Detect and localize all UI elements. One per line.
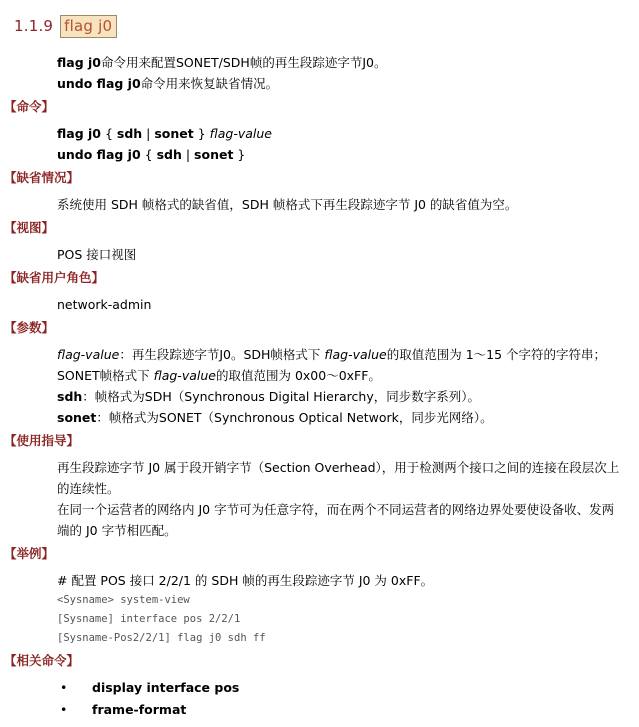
bullet-icon: • <box>60 677 92 699</box>
params-block: flag-value：再生段踪迹字节J0。SDH帧格式下 flag-value的… <box>57 344 621 428</box>
param-text: 的取值范围为 0x00～0xFF。 <box>216 368 381 383</box>
argument: flag-value <box>210 126 272 141</box>
param-text: ：帧格式为SONET（Synchronous Optical Network，同… <box>96 410 492 425</box>
intro-block: flag j0命令用来配置SONET/SDH帧的再生段踪迹字节J0。 undo … <box>57 52 621 94</box>
document-page: 1.1.9flag j0 flag j0命令用来配置SONET/SDH帧的再生段… <box>0 0 639 727</box>
role-text: network-admin <box>57 294 621 315</box>
bullet-icon: • <box>60 699 92 721</box>
keyword: sdh <box>157 147 182 162</box>
param-flag-value: flag-value：再生段踪迹字节J0。SDH帧格式下 flag-value的… <box>57 344 621 386</box>
guideline-paragraph-2: 在同一个运营者的网络内 J0 字节可为任意字符，而在两个不同运营者的网络边界处要… <box>57 499 621 541</box>
syntax-punct: { <box>141 147 157 162</box>
guideline-paragraph-1: 再生段踪迹字节 J0 属于段开销字节（Section Overhead），用于检… <box>57 457 621 499</box>
guidelines-block: 再生段踪迹字节 J0 属于段开销字节（Section Overhead），用于检… <box>57 457 621 541</box>
related-command-item: • display interface pos <box>60 677 639 699</box>
keyword: undo flag j0 <box>57 147 141 162</box>
command-keyword: flag j0 <box>57 55 101 70</box>
syntax-line-1: flag j0 { sdh | sonet } flag-value <box>57 123 621 144</box>
related-command-text: frame-format <box>92 699 186 721</box>
argument: flag-value <box>324 347 386 362</box>
search-highlight-term: flag j0 <box>60 15 117 38</box>
intro-paragraph-2: undo flag j0命令用来恢复缺省情况。 <box>57 73 621 94</box>
example-desc-block: # 配置 POS 接口 2/2/1 的 SDH 帧的再生段踪迹字节 J0 为 0… <box>57 570 621 591</box>
section-header-view: 【视图】 <box>4 220 639 236</box>
related-command-text: display interface pos <box>92 677 239 699</box>
param-sonet: sonet：帧格式为SONET（Synchronous Optical Netw… <box>57 407 621 428</box>
keyword: sdh <box>57 389 82 404</box>
syntax-punct: } <box>194 126 210 141</box>
argument: flag-value <box>57 347 119 362</box>
command-syntax-block: flag j0 { sdh | sonet } flag-value undo … <box>57 123 621 165</box>
related-commands-list: • display interface pos • frame-format <box>60 677 639 721</box>
section-header-params: 【参数】 <box>4 320 639 336</box>
keyword: flag j0 <box>57 126 101 141</box>
section-header-related: 【相关命令】 <box>4 653 639 669</box>
related-command-item: • frame-format <box>60 699 639 721</box>
keyword: sonet <box>194 147 233 162</box>
section-header-default: 【缺省情况】 <box>4 170 639 186</box>
intro-text: 命令用来配置SONET/SDH帧的再生段踪迹字节J0。 <box>101 55 386 70</box>
page-title: 1.1.9flag j0 <box>14 17 639 35</box>
view-block: POS 接口视图 <box>57 244 621 265</box>
syntax-punct: } <box>233 147 245 162</box>
code-line: [Sysname] interface pos 2/2/1 <box>57 610 621 629</box>
syntax-line-2: undo flag j0 { sdh | sonet } <box>57 144 621 165</box>
param-text: ：帧格式为SDH（Synchronous Digital Hierarchy，同… <box>82 389 480 404</box>
param-sdh: sdh：帧格式为SDH（Synchronous Digital Hierarch… <box>57 386 621 407</box>
command-keyword: undo flag j0 <box>57 76 141 91</box>
view-text: POS 接口视图 <box>57 244 621 265</box>
syntax-punct: | <box>182 147 194 162</box>
section-header-guidelines: 【使用指导】 <box>4 433 639 449</box>
section-header-command: 【命令】 <box>4 99 639 115</box>
intro-paragraph-1: flag j0命令用来配置SONET/SDH帧的再生段踪迹字节J0。 <box>57 52 621 73</box>
intro-text: 命令用来恢复缺省情况。 <box>141 76 279 91</box>
keyword: sonet <box>154 126 193 141</box>
code-line: [Sysname-Pos2/2/1] flag j0 sdh ff <box>57 629 621 648</box>
argument: flag-value <box>154 368 216 383</box>
role-block: network-admin <box>57 294 621 315</box>
section-header-example: 【举例】 <box>4 546 639 562</box>
section-header-role: 【缺省用户角色】 <box>4 270 639 286</box>
syntax-punct: | <box>142 126 154 141</box>
example-description: # 配置 POS 接口 2/2/1 的 SDH 帧的再生段踪迹字节 J0 为 0… <box>57 570 621 591</box>
keyword: sdh <box>117 126 142 141</box>
example-code-block: <Sysname> system-view [Sysname] interfac… <box>57 591 621 648</box>
heading-number: 1.1.9 <box>14 17 53 35</box>
keyword: sonet <box>57 410 96 425</box>
param-text: ：再生段踪迹字节J0。SDH帧格式下 <box>119 347 324 362</box>
code-line: <Sysname> system-view <box>57 591 621 610</box>
syntax-punct: { <box>101 126 117 141</box>
default-text: 系统使用 SDH 帧格式的缺省值，SDH 帧格式下再生段踪迹字节 J0 的缺省值… <box>57 194 621 215</box>
default-block: 系统使用 SDH 帧格式的缺省值，SDH 帧格式下再生段踪迹字节 J0 的缺省值… <box>57 194 621 215</box>
